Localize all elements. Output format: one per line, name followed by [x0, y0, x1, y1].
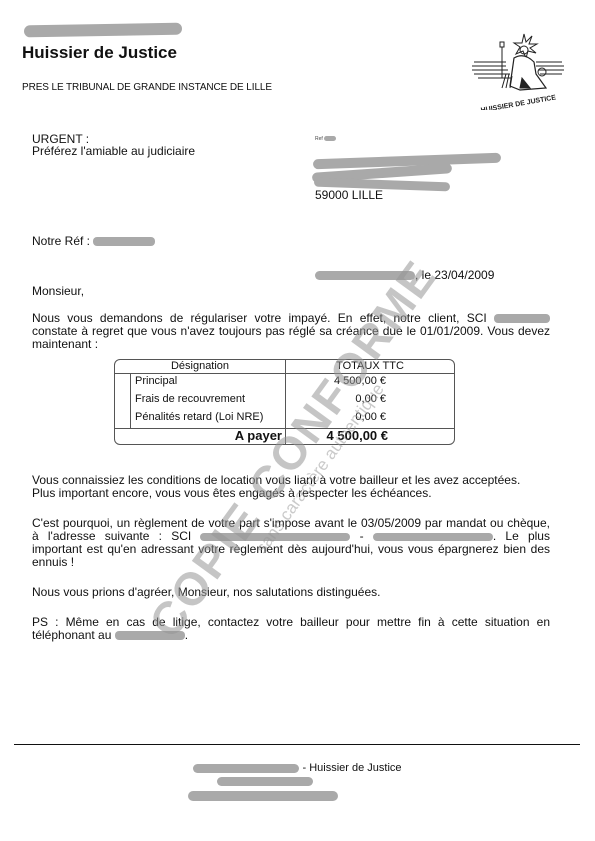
recipient-city: 59000 LILLE [315, 189, 383, 202]
paragraph-demand: Nous vous demandons de régulariser votre… [32, 312, 550, 351]
huissier-logo: HUISSIER DE JUSTICE [462, 22, 574, 110]
recipient-ref: Ref [315, 136, 336, 142]
p3-sep: - [360, 529, 364, 543]
amount-table: Désignation TOTAUX TTC Principal 4 500,0… [114, 359, 455, 445]
sender-name-redacted [24, 23, 182, 38]
paragraph-conditions: Vous connaissiez les conditions de locat… [32, 474, 550, 500]
our-reference-redacted [93, 237, 155, 246]
p5-text-b: . [185, 628, 188, 642]
client-name-redacted [494, 314, 550, 323]
recipient-ref-label: Ref [315, 136, 323, 142]
footer-contact-redacted [188, 791, 338, 801]
p1-text-a: Nous vous demandons de régulariser votre… [32, 311, 487, 325]
our-reference: Notre Réf : [32, 235, 155, 248]
table-row-value: 0,00 € [286, 411, 386, 424]
p5-text-a: PS : Même en cas de litige, contactez vo… [32, 615, 550, 642]
recipient-ref-redacted [324, 136, 336, 141]
footer-title: - Huissier de Justice [299, 762, 401, 774]
footer-divider [14, 744, 580, 745]
paragraph-payment: C'est pourquoi, un règlement de votre pa… [32, 517, 550, 569]
table-row-label: Pénalités retard (Loi NRE) [135, 411, 283, 424]
p1-text-b: constate à regret que vous n'avez toujou… [32, 324, 550, 351]
svg-text:HUISSIER DE JUSTICE: HUISSIER DE JUSTICE [480, 94, 557, 110]
paragraph-closing: Nous vous prions d'agréer, Monsieur, nos… [32, 586, 550, 599]
total-label: A payer [115, 429, 282, 443]
footer-signature: - Huissier de Justice [0, 762, 595, 774]
salutation: Monsieur, [32, 285, 84, 298]
amicable-tagline: Préférez l'amiable au judiciaire [32, 145, 195, 158]
place-date: , le 23/04/2009 [315, 269, 494, 282]
paragraph-ps: PS : Même en cas de litige, contactez vo… [32, 616, 550, 642]
total-value: 4 500,00 € [286, 429, 388, 443]
payee-address-redacted [200, 533, 350, 541]
court-line: PRES LE TRIBUNAL DE GRANDE INSTANCE DE L… [22, 82, 272, 94]
table-row-value: 0,00 € [286, 393, 386, 406]
table-row-label: Frais de recouvrement [135, 393, 283, 406]
justice-figure-icon: HUISSIER DE JUSTICE [462, 22, 574, 110]
table-row-value: 4 500,00 € [286, 375, 386, 388]
sender-title: Huissier de Justice [22, 43, 177, 63]
footer-name-redacted [193, 764, 299, 773]
our-reference-label: Notre Réf : [32, 234, 90, 248]
letter-date: , le 23/04/2009 [415, 268, 494, 282]
payee-city-redacted [373, 533, 493, 541]
p2-line2: Plus important encore, vous vous êtes en… [32, 487, 550, 500]
phone-redacted [115, 631, 185, 640]
table-row-label: Principal [135, 375, 283, 388]
place-redacted [315, 271, 415, 280]
table-indent-divider [130, 373, 131, 428]
table-header-totals: TOTAUX TTC [286, 360, 454, 373]
table-header-designation: Désignation [115, 360, 285, 373]
footer-address-redacted [217, 777, 313, 786]
